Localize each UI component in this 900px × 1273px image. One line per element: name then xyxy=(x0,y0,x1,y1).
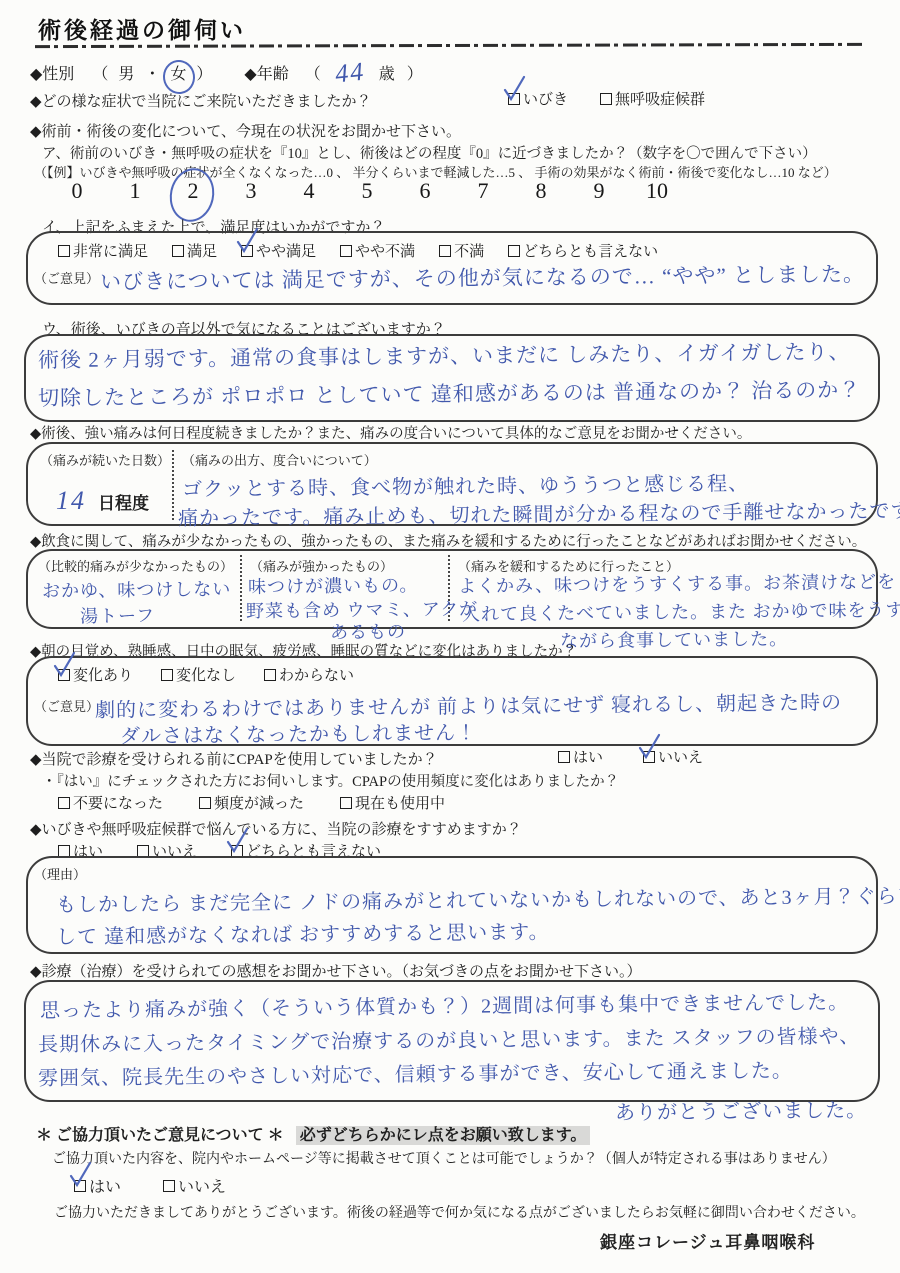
checkbox-henka-nashi: 変化なし xyxy=(161,664,236,685)
checkbox-wakaranai: わからない xyxy=(264,664,354,685)
age-value-handwritten: 44 xyxy=(333,57,366,90)
checkbox-dochira-satisfaction: どちらとも言えない xyxy=(508,240,658,261)
gender-label: ◆性別 xyxy=(30,66,74,83)
footer-note-highlight: 必ずどちらかにレ点をお願い致します。 xyxy=(296,1126,591,1145)
pain-question: ◆術後、強い痛みは何日程度続きましたか？また、痛みの度合いについて具体的なご意見… xyxy=(30,422,751,443)
eating-col1-line2: 湯トーフ xyxy=(80,602,155,629)
checkbox-yaya-fuman: やや不満 xyxy=(340,240,415,261)
eating-col1-line1: おかゆ、味つけしない xyxy=(42,575,232,603)
footer-note-prefix: ＊ ご協力頂いたご意見について ＊ xyxy=(36,1127,284,1144)
checkbox-square xyxy=(508,93,520,105)
sleep-options: 変化あり 変化なし わからない xyxy=(58,664,354,685)
age-paren-close: ） xyxy=(407,66,423,83)
checkbox-square xyxy=(163,1180,175,1192)
checkbox-square xyxy=(58,845,70,857)
eating-col3-line1: よくかみ、味つけをうすくする事。お茶漬けなどを xyxy=(458,568,896,599)
impression-question: ◆診療（治療）を受けられての感想をお聞かせ下さい。（お気づきの点をお聞かせ下さい… xyxy=(30,960,642,981)
recommend-line2: して 違和感がなくなれば おすすめすると思います。 xyxy=(56,915,550,949)
checkbox-square xyxy=(161,669,173,681)
symptom-options: いびき 無呼吸症候群 xyxy=(508,88,705,109)
recommend-question: ◆いびきや無呼吸症候群で悩んでいる方に、当院の診療をすすめますか？ xyxy=(30,818,522,839)
checkbox-square xyxy=(558,751,570,763)
gender-paren-close: ） xyxy=(196,66,212,83)
cpap-options: はい いいえ xyxy=(558,746,703,767)
scale-9: 9 xyxy=(570,178,628,204)
scale-question: ア、術前のいびき・無呼吸の症状を『10』とし、術後はどの程度『0』に近づきました… xyxy=(42,142,817,163)
cpap-followup-options: 不要になった 頻度が減った 現在も使用中 xyxy=(58,792,445,813)
eating-divider-1 xyxy=(240,555,242,621)
recommend-reason-label: （理由） xyxy=(34,864,86,883)
checkbox-square xyxy=(172,245,184,257)
checkbox-publish-hai: はい xyxy=(74,1174,121,1197)
checkbox-yaya-manzoku: やや満足 xyxy=(241,240,316,261)
impression-thanks: ありがとうございました。 xyxy=(615,1094,867,1126)
checkbox-square xyxy=(439,245,451,257)
checkbox-square xyxy=(58,245,70,257)
checkbox-square xyxy=(340,245,352,257)
checkbox-square xyxy=(137,845,149,857)
age-label: ◆年齢 xyxy=(244,66,288,83)
scale-10: 10 xyxy=(628,178,686,204)
scale-5: 5 xyxy=(338,178,396,204)
satisfaction-options: 非常に満足 満足 やや満足 やや不満 不満 どちらとも言えない xyxy=(58,240,658,261)
gender-paren-open: （ xyxy=(92,66,108,83)
checkbox-square xyxy=(74,1180,86,1192)
checkbox-square xyxy=(58,797,70,809)
clinic-name: 銀座コレージュ耳鼻咽喉科 xyxy=(600,1228,815,1253)
checkbox-square xyxy=(199,797,211,809)
checkbox-square xyxy=(643,751,655,763)
checkbox-cpap-hai: はい xyxy=(558,746,603,767)
checkbox-henka-ari: 変化あり xyxy=(58,664,133,685)
publish-question: ご協力頂いた内容を、院内やホームページ等に掲載させて頂くことは可能でしょうか？（… xyxy=(52,1148,836,1168)
checkbox-fuyou: 不要になった xyxy=(58,792,163,813)
age-unit: 歳 xyxy=(379,66,395,83)
age-paren-open: （ xyxy=(305,66,321,83)
checkbox-mukokyu: 無呼吸症候群 xyxy=(600,88,705,109)
checkbox-cpap-iie: いいえ xyxy=(643,746,703,767)
scale-3: 3 xyxy=(222,178,280,204)
pain-box-divider xyxy=(172,450,174,520)
scale-0: 0 xyxy=(48,178,106,204)
footer-note: ＊ ご協力頂いたご意見について ＊ 必ずどちらかにレ点をお願い致します。 xyxy=(36,1122,590,1145)
checkbox-genzai-shiyouchu: 現在も使用中 xyxy=(340,792,445,813)
checkbox-square xyxy=(508,245,520,257)
sleep-comment-label: （ご意見） xyxy=(34,696,99,715)
gender-male: 男 xyxy=(118,66,134,83)
scanned-survey-form: 術後経過の御伺い ◆性別 （ 男 ・ 女 ） ◆年齢 （ 44 歳 ） ◆どの様… xyxy=(0,0,900,1273)
checkbox-manzoku: 満足 xyxy=(172,240,217,261)
scale-6: 6 xyxy=(396,178,454,204)
scale-1: 1 xyxy=(106,178,164,204)
checkbox-square xyxy=(340,797,352,809)
gender-separator: ・ xyxy=(144,66,160,83)
pain-days-handwritten: 14 xyxy=(56,486,86,515)
cpap-question: ◆当院で診療を受けられる前にCPAPを使用していましたか？ xyxy=(30,748,438,769)
symptom-question: ◆どの様な症状で当院にご来院いただきましたか？ xyxy=(30,90,372,111)
checkbox-square xyxy=(600,93,612,105)
publish-options: はい いいえ xyxy=(74,1174,226,1197)
checkbox-hijouni-manzoku: 非常に満足 xyxy=(58,240,148,261)
change-heading: ◆術前・術後の変化について、今現在の状況をお聞かせ下さい。 xyxy=(30,120,461,141)
eating-overflow: ながら食事していました。 xyxy=(560,625,788,653)
checkbox-square xyxy=(241,245,253,257)
cpap-followup: ・『はい』にチェックされた方にお伺いします。CPAPの使用頻度に変化はありました… xyxy=(42,770,619,791)
pain-days-value-row: 14 日程度 xyxy=(56,486,149,516)
checkbox-square xyxy=(264,669,276,681)
checkbox-fuman: 不満 xyxy=(439,240,484,261)
scale-2-selected: 2 xyxy=(164,178,222,204)
pain-days-label: （痛みが続いた日数） xyxy=(40,450,170,469)
profile-row: ◆性別 （ 男 ・ 女 ） ◆年齢 （ 44 歳 ） xyxy=(30,56,423,86)
eating-col1-label: （比較的痛みが少なかったもの） xyxy=(38,556,233,575)
pain-detail-label: （痛みの出方、度合いについて） xyxy=(182,450,377,469)
scale-7: 7 xyxy=(454,178,512,204)
satisfaction-comment-label: （ご意見） xyxy=(34,268,99,287)
checkbox-square xyxy=(58,669,70,681)
checkbox-hindo-hetta: 頻度が減った xyxy=(199,792,304,813)
scale-4: 4 xyxy=(280,178,338,204)
page-title: 術後経過の御伺い xyxy=(38,12,246,45)
eating-question: ◆飲食に関して、痛みが少なかったもの、強かったもの、また痛みを緩和するために行っ… xyxy=(30,530,866,551)
sleep-comment-line2: ダルさはなくなったかもしれません！ xyxy=(120,716,477,749)
scale-numbers: 0 1 2 3 4 5 6 7 8 9 10 xyxy=(48,178,686,204)
gender-female: 女 xyxy=(170,66,190,83)
footer-closing: ご協力いただきましてありがとうございます。術後の経過等で何か気になる点がございま… xyxy=(54,1202,865,1222)
checkbox-publish-iie: いいえ xyxy=(163,1174,226,1197)
checkbox-square xyxy=(231,845,243,857)
scale-8: 8 xyxy=(512,178,570,204)
pain-days-unit: 日程度 xyxy=(98,494,149,513)
checkbox-ibiki: いびき xyxy=(508,88,568,109)
eating-col3-line2: 入れて良くたべていました。また おかゆで味をうすめ xyxy=(462,596,900,627)
